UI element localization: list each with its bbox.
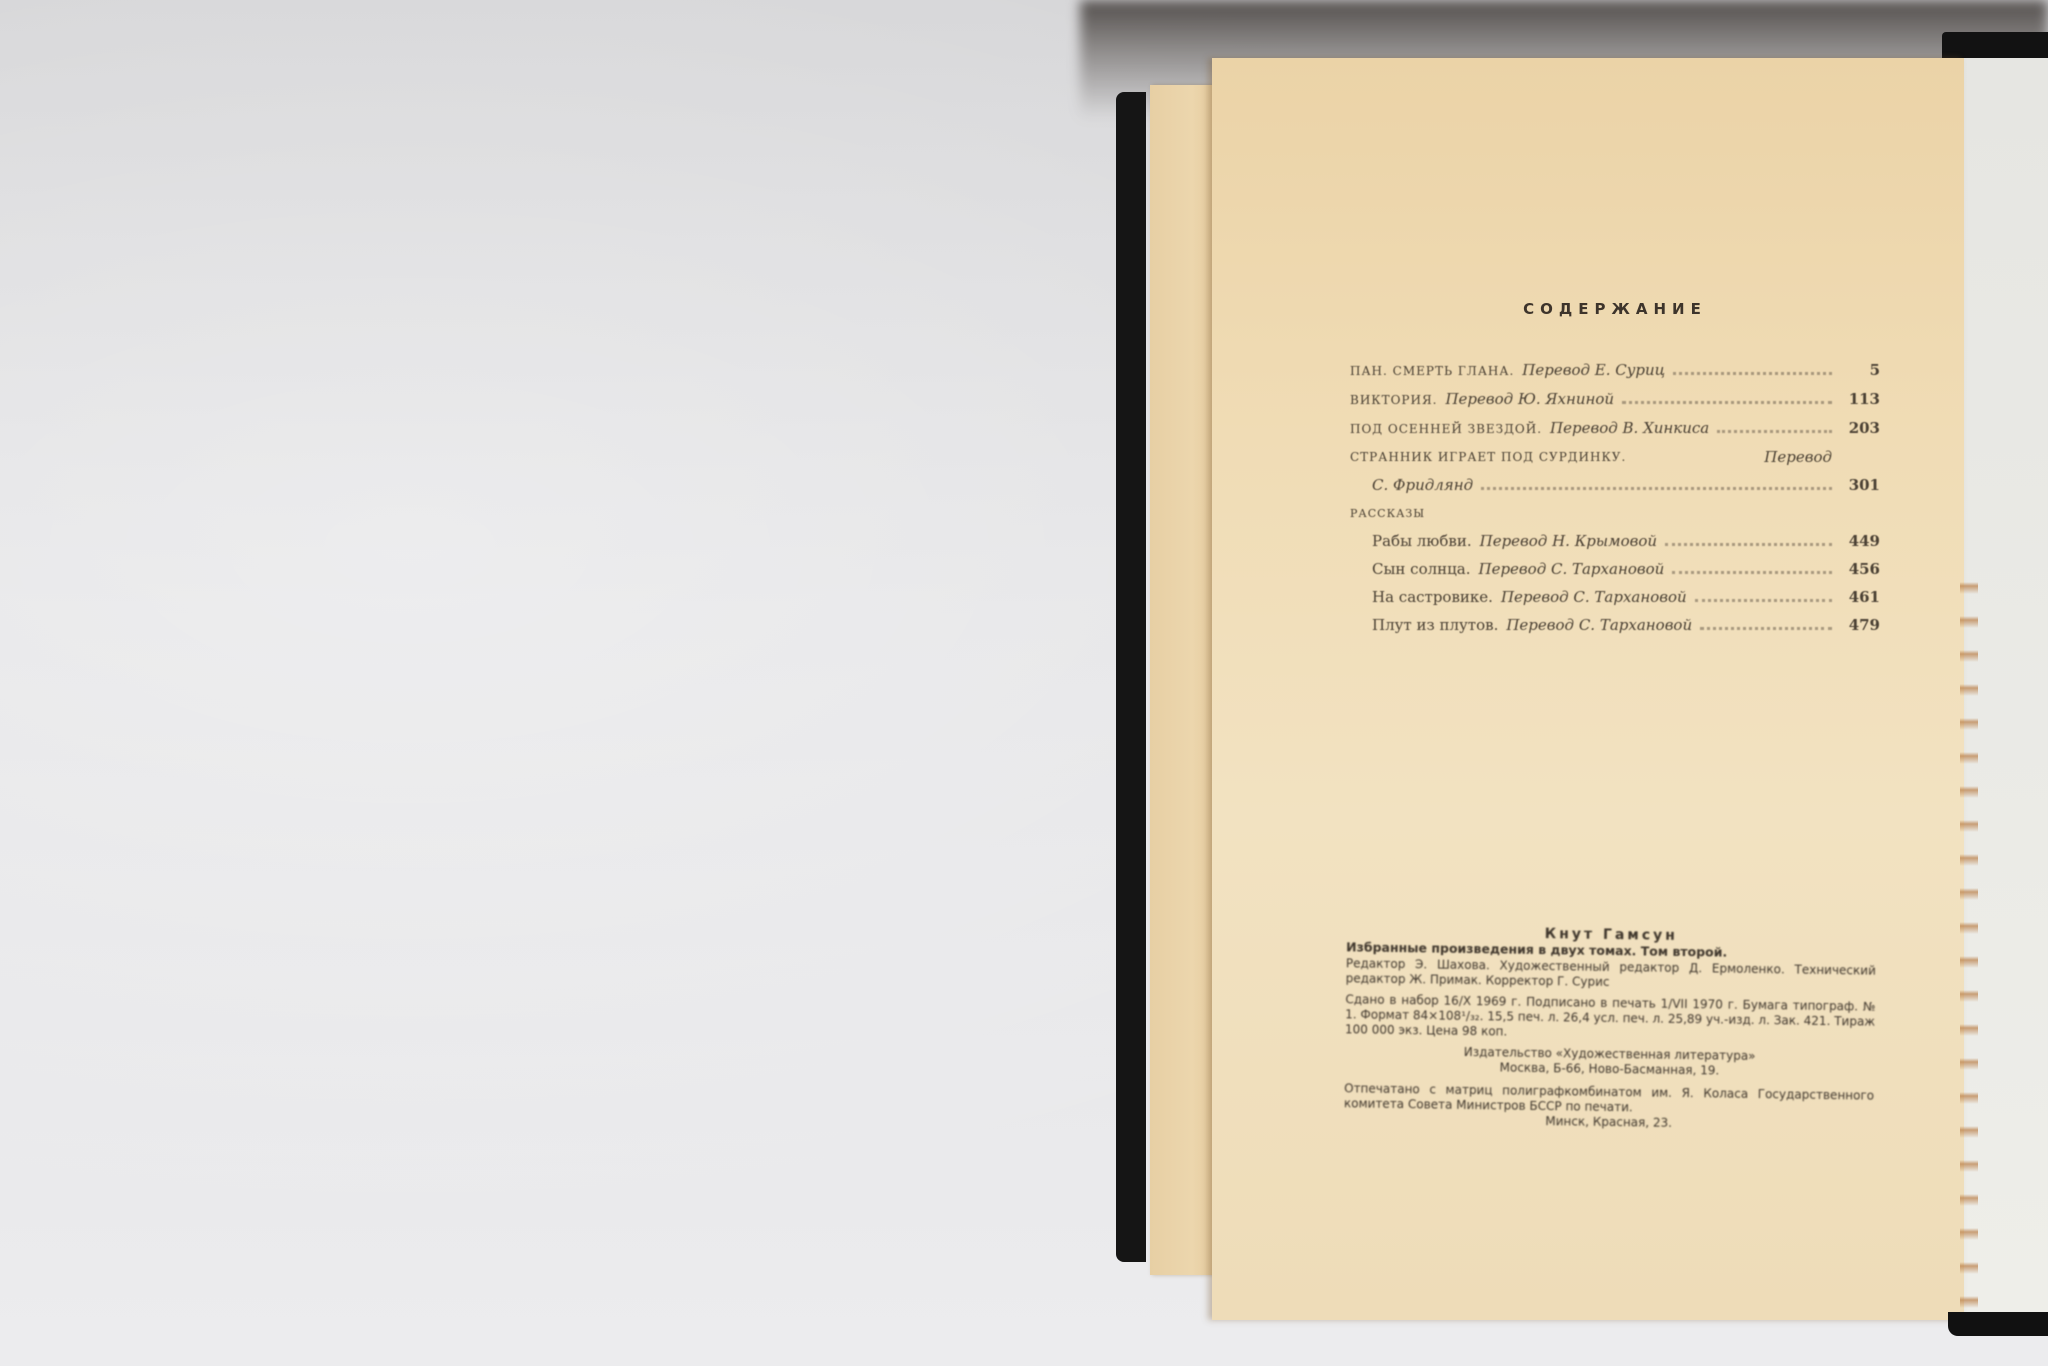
colophon: Кнут Гамсун Избранные произведения в дву… — [1344, 924, 1877, 1133]
toc-story-translator: Перевод С. Тархановой — [1479, 555, 1665, 583]
leader-dots — [1481, 487, 1832, 490]
toc-entry-page: 203 — [1840, 414, 1880, 442]
toc-story: Плут из плутов. Перевод С. Тархановой 47… — [1350, 611, 1880, 639]
toc-entry-title: ПОД ОСЕННЕЙ ЗВЕЗДОЙ. — [1350, 415, 1542, 443]
toc-entry-translator: Перевод — [1764, 443, 1832, 471]
toc-entry-translator: Перевод Ю. Яхниной — [1445, 385, 1614, 413]
endpaper — [1150, 85, 1220, 1275]
toc-entry: ВИКТОРИЯ. Перевод Ю. Яхниной 113 — [1350, 385, 1880, 414]
toc-story-title: Сын солнца. — [1372, 555, 1471, 583]
toc-entry-translator: Перевод В. Хинкиса — [1550, 414, 1709, 442]
toc-title: СОДЕРЖАНИЕ — [1350, 300, 1880, 318]
toc-story: Рабы любви. Перевод Н. Крымовой 449 — [1350, 527, 1880, 555]
book-cover-edge-bottom — [1948, 1312, 2048, 1336]
toc-story: На састровике. Перевод С. Тархановой 461 — [1350, 583, 1880, 611]
toc-entry-title: ВИКТОРИЯ. — [1350, 386, 1437, 414]
toc-story-page: 479 — [1840, 611, 1880, 639]
leader-dots — [1672, 571, 1832, 574]
toc-story-title: На састровике. — [1372, 583, 1493, 611]
colophon-print-info: Сдано в набор 16/X 1969 г. Подписано в п… — [1345, 992, 1876, 1044]
book-cover-spine — [1116, 92, 1146, 1262]
toc-story-translator: Перевод С. Тархановой — [1506, 611, 1692, 639]
toc-story: Сын солнца. Перевод С. Тархановой 456 — [1350, 555, 1880, 583]
leader-dots — [1717, 430, 1832, 433]
leader-dots — [1665, 543, 1832, 546]
table-of-contents: СОДЕРЖАНИЕ ПАН. Смерть Глана. Перевод Е.… — [1350, 300, 1880, 639]
page-edge-stains — [1960, 560, 1978, 1320]
toc-entry-page: 113 — [1840, 385, 1880, 413]
toc-story-title: Плут из плутов. — [1372, 611, 1498, 639]
toc-story-title: Рабы любви. — [1372, 527, 1472, 555]
leader-dots — [1622, 401, 1832, 404]
leader-dots — [1695, 599, 1832, 602]
toc-entry-translator: Перевод Е. Суриц — [1522, 356, 1665, 384]
toc-entry-page: 5 — [1840, 356, 1880, 384]
toc-entry-translator-name: С. Фридлянд — [1372, 471, 1473, 499]
toc-story-translator: Перевод С. Тархановой — [1501, 583, 1687, 611]
toc-entry: ПОД ОСЕННЕЙ ЗВЕЗДОЙ. Перевод В. Хинкиса … — [1350, 414, 1880, 443]
toc-story-translator: Перевод Н. Крымовой — [1480, 527, 1657, 555]
toc-story-page: 461 — [1840, 583, 1880, 611]
leader-dots — [1700, 627, 1832, 630]
leader-dots — [1673, 372, 1832, 375]
toc-entry-title: ПАН. Смерть Глана. — [1350, 357, 1514, 385]
toc-entry: СТРАННИК ИГРАЕТ ПОД СУРДИНКУ. Перевод С.… — [1350, 443, 1880, 499]
toc-entry: ПАН. Смерть Глана. Перевод Е. Суриц 5 — [1350, 356, 1880, 385]
toc-entry-page: 301 — [1840, 471, 1880, 499]
toc-story-page: 456 — [1840, 555, 1880, 583]
stories-heading: РАССКАЗЫ — [1350, 501, 1880, 527]
toc-entry-title: СТРАННИК ИГРАЕТ ПОД СУРДИНКУ. — [1350, 443, 1626, 471]
book-cover-edge-top — [1942, 32, 2048, 58]
toc-story-page: 449 — [1840, 527, 1880, 555]
colophon-editors: Редактор Э. Шахова. Художественный редак… — [1346, 956, 1876, 993]
